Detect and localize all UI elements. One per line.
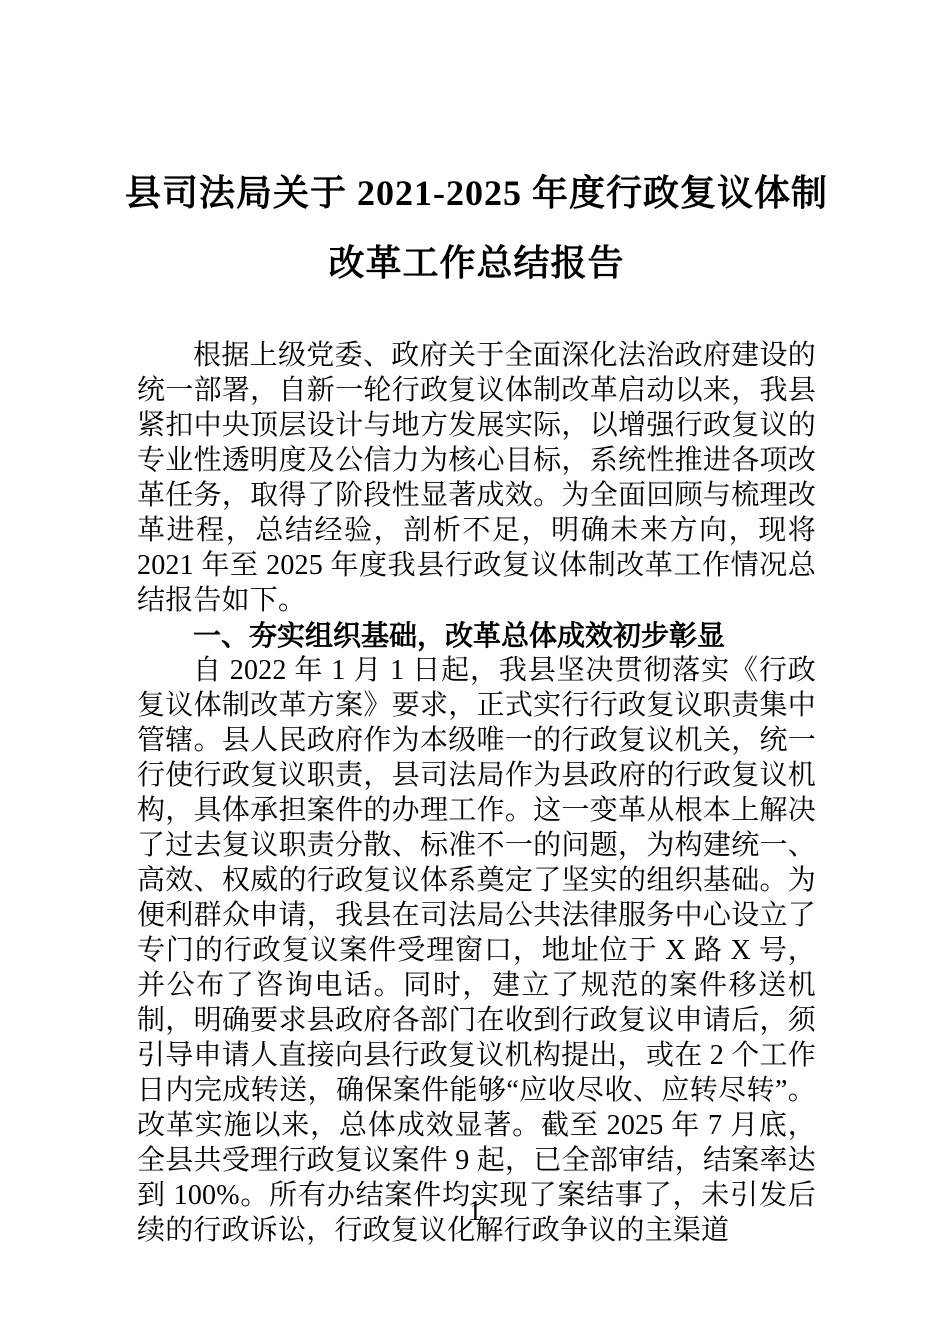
document-title-line-1: 县司法局关于 2021-2025 年度行政复议体制 — [67, 158, 886, 228]
document-page: 县司法局关于 2021-2025 年度行政复议体制 改革工作总结报告 根据上级党… — [0, 0, 950, 1344]
section-1-paragraph: 自 2022 年 1 月 1 日起，我县坚决贯彻落实《行政复议体制改革方案》要求… — [137, 653, 816, 1248]
document-title-line-2: 改革工作总结报告 — [67, 228, 886, 298]
page-number: 1 — [0, 1198, 950, 1226]
intro-paragraph: 根据上级党委、政府关于全面深化法治政府建设的统一部署，自新一轮行政复议体制改革启… — [137, 338, 816, 618]
section-1-heading: 一、夯实组织基础，改革总体成效初步彰显 — [137, 618, 816, 653]
document-title: 县司法局关于 2021-2025 年度行政复议体制 改革工作总结报告 — [67, 158, 886, 298]
